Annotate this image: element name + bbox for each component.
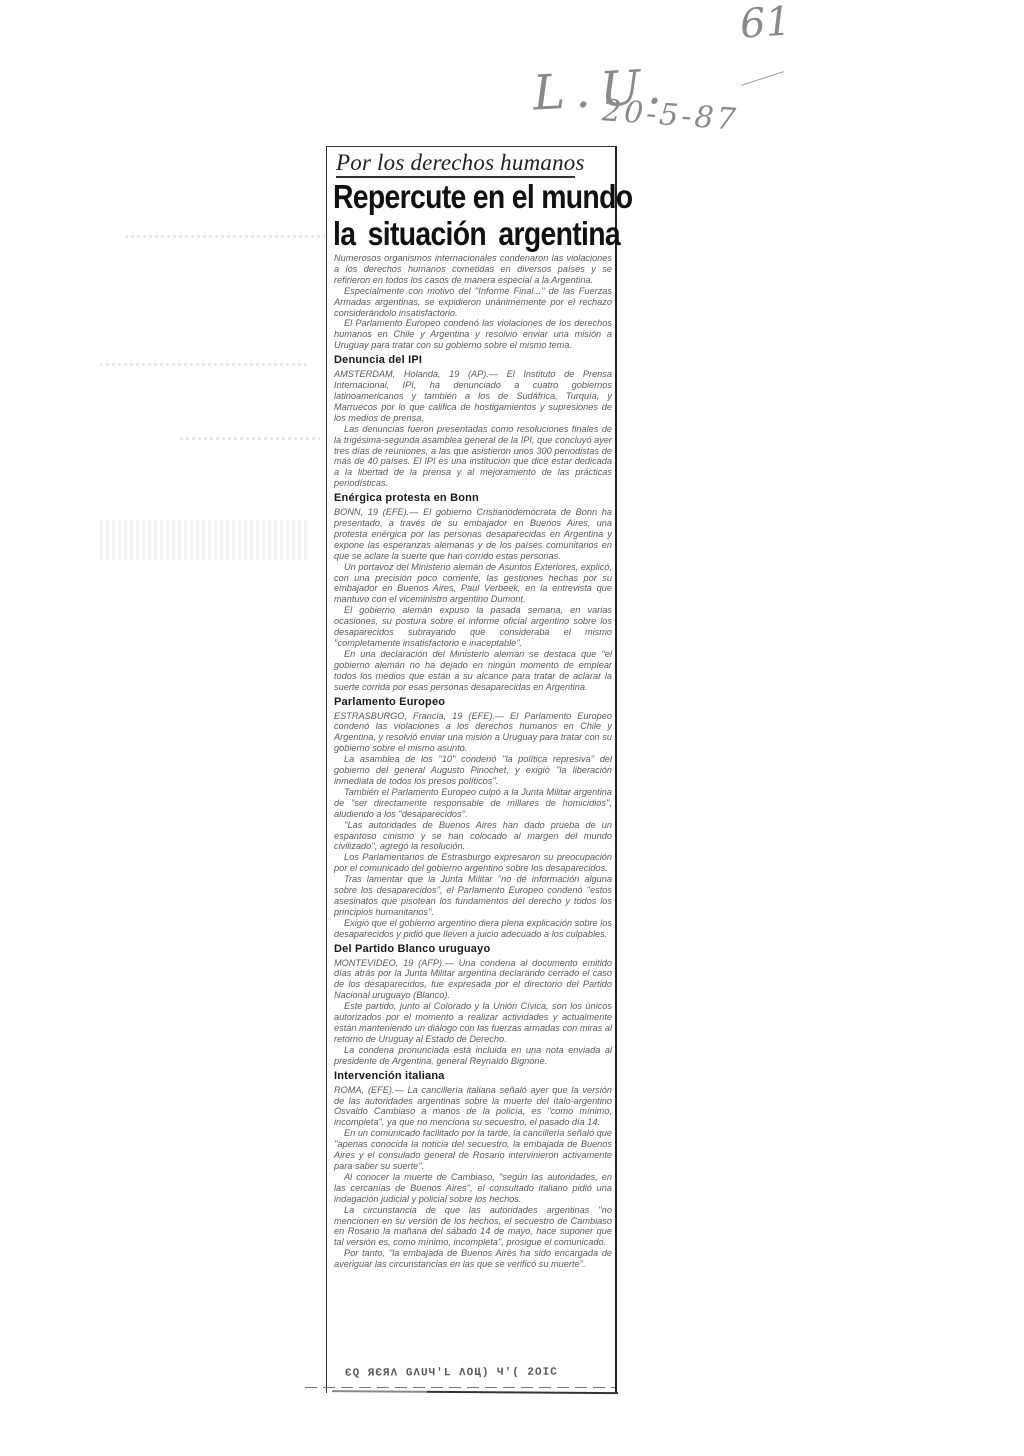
paragraph: Por tanto, ''la embajada de Buenos Aires… <box>334 1248 612 1270</box>
paragraph: Tras lamentar que la Junta Militar ''no … <box>334 874 612 918</box>
intro-paragraph: Especialmente con motivo del ''Informe F… <box>334 286 612 319</box>
paragraph: Los Parlamentarios de Estrasburgo expres… <box>334 852 612 874</box>
paragraph: También el Parlamento Europeo culpó a la… <box>334 787 612 820</box>
section-heading-bonn: Enérgica protesta en Bonn <box>334 492 612 505</box>
paragraph: ESTRASBURGO, Francia, 19 (EFE).— El Parl… <box>334 711 612 755</box>
paragraph: Exigió que el gobierno argentino diera p… <box>334 918 612 940</box>
paragraph: Un portavoz del Ministerio alemán de Asu… <box>334 562 612 606</box>
handwritten-page-number: 61 <box>738 0 792 48</box>
cut-line <box>305 1387 615 1388</box>
paragraph: Las denuncias fueron presentadas como re… <box>334 424 612 489</box>
paragraph: En una declaración del Ministerio alemán… <box>334 649 612 693</box>
bleed-through-mark <box>180 437 320 440</box>
section-heading-italia: Intervención italiana <box>334 1070 612 1083</box>
archive-overprint-stamp: ЄQ ЯЄЯΛ GΛUЧ'L ΛOЦ) Ч'( 2OIC <box>345 1366 620 1379</box>
intro-paragraph: El Parlamento Europeo condenó las violac… <box>334 318 612 351</box>
paragraph: BONN, 19 (EFE).— El gobierno Cristianode… <box>334 507 612 562</box>
paragraph: La asamblea de los ''10'' condenó ''la p… <box>334 754 612 787</box>
paragraph: ROMA, (EFE).— La cancillería italiana se… <box>334 1085 612 1129</box>
headline-line-1: Repercute en el mundo <box>333 178 574 215</box>
article-kicker: Por los derechos humanos <box>336 150 585 176</box>
bleed-through-mark <box>100 363 310 366</box>
handwritten-stroke <box>741 71 784 86</box>
intro-paragraph: Numerosos organismos internacionales con… <box>334 253 612 286</box>
section-heading-partido-blanco: Del Partido Blanco uruguayo <box>334 943 612 956</box>
section-heading-ipi: Denuncia del IPI <box>334 354 612 367</box>
paragraph: La circunstancia de que las autoridades … <box>334 1205 612 1249</box>
article-headline: Repercute en el mundo la situación argen… <box>333 178 574 252</box>
paragraph: El gobierno alemán expuso la pasada sema… <box>334 605 612 649</box>
bleed-through-mark <box>125 235 325 238</box>
headline-line-2: la situación argentina <box>333 215 574 252</box>
article-body: Numerosos organismos internacionales con… <box>334 253 612 1270</box>
paragraph: MONTEVIDEO, 19 (AFP).— Una condena al do… <box>334 958 612 1002</box>
handwritten-date: 20-5-87 <box>601 93 740 137</box>
paragraph: Al conocer la muerte de Cambiaso, ''segú… <box>334 1172 612 1205</box>
paragraph: En un comunicado facilitado por la tarde… <box>334 1128 612 1172</box>
bleed-through-mark <box>100 520 310 560</box>
paragraph: ''Las autoridades de Buenos Aires han da… <box>334 820 612 853</box>
paragraph: AMSTERDAM, Holanda, 19 (AP).— El Institu… <box>334 369 612 424</box>
paragraph: La condena pronunciada está incluida en … <box>334 1045 612 1067</box>
section-heading-parlamento: Parlamento Europeo <box>334 696 612 709</box>
paragraph: Este partido, junto al Colorado y la Uni… <box>334 1001 612 1045</box>
